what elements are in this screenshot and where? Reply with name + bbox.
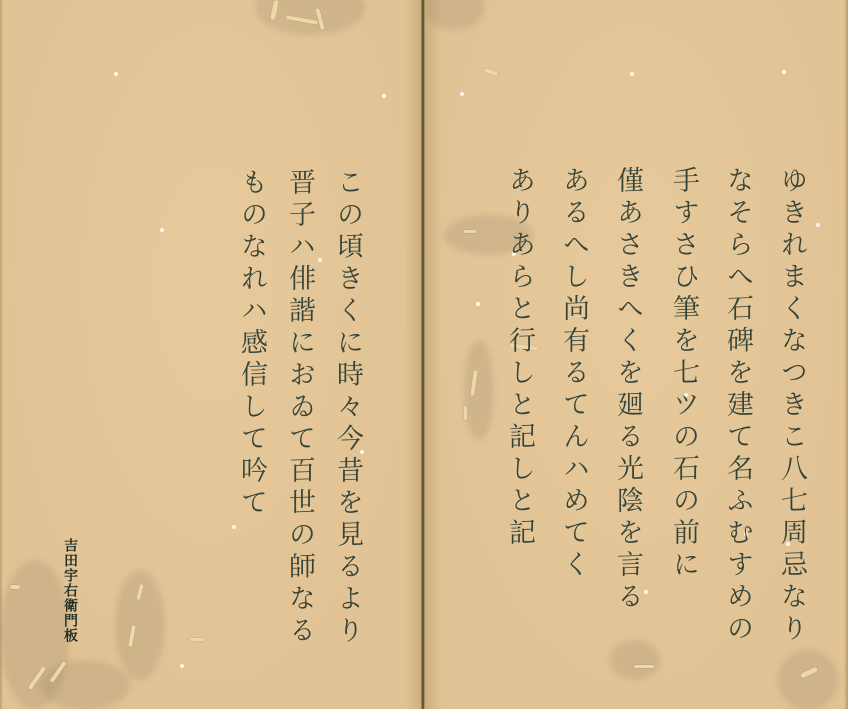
paper-speck: [460, 92, 464, 96]
left-page: この頃きくに時々今昔を見るより 晋子ハ俳諧におゐて百世の師なる ものなれハ感信し…: [0, 0, 423, 709]
paper-speck: [232, 525, 236, 529]
wormhole: [464, 406, 467, 420]
paper-speck: [816, 223, 820, 227]
right-page: ゆきれまくなつきこ八七周忌なり なそらへ石碑を建て名ふむすめの 手すさひ筆を七ツ…: [424, 0, 848, 709]
text-column: あるへし尚有るてんハめてく: [560, 166, 587, 583]
paper-speck: [644, 590, 648, 594]
paper-speck: [160, 228, 164, 232]
wormhole: [10, 585, 20, 589]
paper-speck: [114, 72, 118, 76]
book-binding: [421, 0, 425, 709]
water-stain: [40, 660, 130, 709]
text-column: この頃きくに時々今昔を見るより: [334, 168, 361, 649]
text-column: 手すさひ筆を七ツの石の前に: [670, 166, 697, 583]
paper-speck: [476, 302, 480, 306]
gutter-shadow: [424, 0, 442, 709]
wormhole: [464, 230, 476, 233]
text-column: ありあらと行しと記しと記: [506, 166, 533, 551]
paper-speck: [180, 664, 184, 668]
paper-speck: [782, 70, 786, 74]
text-column: ものなれハ感信して吟て: [238, 168, 265, 521]
water-stain: [778, 650, 838, 709]
wormhole: [634, 665, 654, 668]
paper-speck: [318, 258, 322, 262]
text-column: ゆきれまくなつきこ八七周忌なり: [778, 166, 805, 647]
wormhole: [484, 68, 499, 77]
text-column: 僅あさきへくを廻る光陰を言る: [614, 166, 641, 615]
wormhole: [190, 638, 204, 641]
text-column: 晋子ハ俳諧におゐて百世の師なる: [286, 168, 313, 649]
publisher-stamp: 吉田宇右衛門板: [63, 538, 77, 643]
water-stain: [464, 340, 494, 440]
paper-speck: [382, 94, 386, 98]
water-stain: [610, 640, 660, 680]
paper-speck: [630, 72, 634, 76]
text-column: なそらへ石碑を建て名ふむすめの: [724, 166, 751, 647]
book-spread: この頃きくに時々今昔を見るより 晋子ハ俳諧におゐて百世の師なる ものなれハ感信し…: [0, 0, 848, 709]
